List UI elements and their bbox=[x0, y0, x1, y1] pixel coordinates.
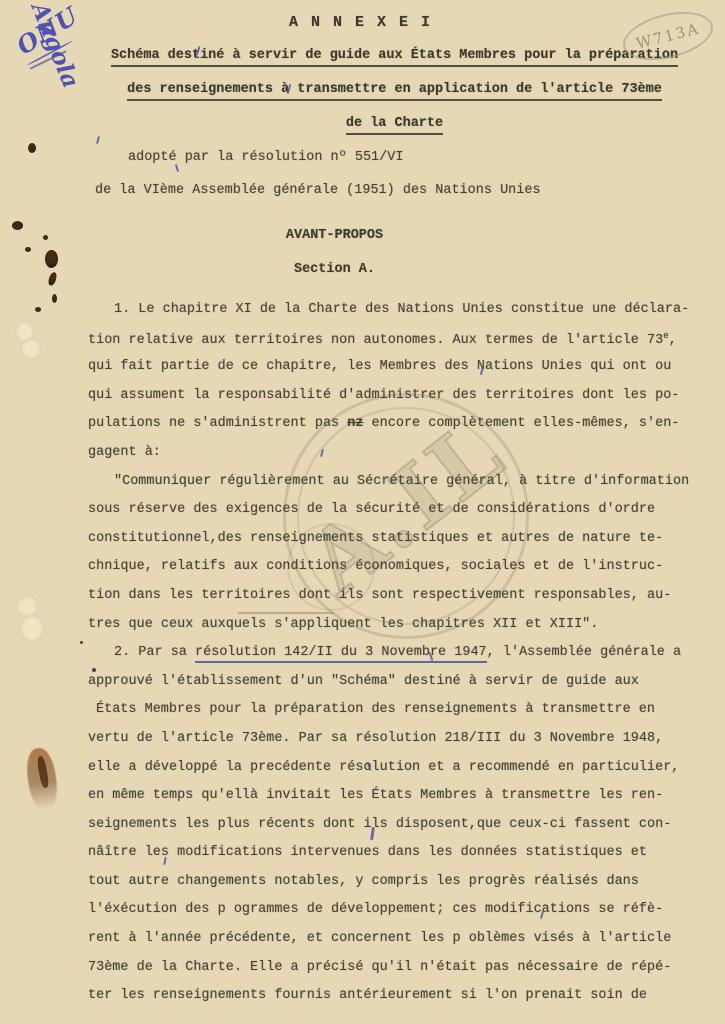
text-line: Schéma destiné à servir de guide aux Éta… bbox=[88, 48, 701, 82]
text-segment: tion relative aux territoires non autono… bbox=[88, 333, 663, 348]
pen-dot bbox=[80, 641, 83, 644]
text-line: elle a développé la precédente résolutio… bbox=[88, 760, 701, 789]
text-segment: qui fait partie de ce chapitre, les Memb… bbox=[88, 359, 671, 374]
ink-stain bbox=[35, 307, 41, 312]
text-segment: nz bbox=[347, 416, 363, 431]
text-line: tion dans les territoires dont ils sont … bbox=[88, 588, 701, 617]
text-line: 73ème de la Charte. Elle a précisé qu'il… bbox=[88, 960, 701, 989]
text-line: chnique, relatifs aux conditions économi… bbox=[88, 559, 701, 588]
text-line: tout autre changements notables, y compr… bbox=[88, 874, 701, 903]
body-paragraphs: 1. Le chapitre XI de la Charte des Natio… bbox=[88, 302, 701, 1017]
text-line: adopté par la résolution nº 551/VI bbox=[88, 150, 701, 183]
text-line: "Communiquer régulièrement au Sécrétaire… bbox=[88, 474, 701, 503]
text-segment: "Communiquer régulièrement au Sécrétaire… bbox=[114, 474, 689, 489]
document-content: A N N E X E I Schéma destiné à servir de… bbox=[0, 0, 725, 1017]
text-segment: de la Charte bbox=[346, 116, 443, 135]
ink-stain bbox=[45, 250, 58, 268]
text-segment: seignements les plus récents dont ils di… bbox=[88, 817, 671, 832]
text-line: qui fait partie de ce chapitre, les Memb… bbox=[88, 359, 701, 388]
text-segment: nâître les modifications intervenues dan… bbox=[88, 845, 647, 860]
text-line: des renseignements à transmettre en appl… bbox=[88, 82, 701, 116]
text-line: tres que ceux auxquels s'appliquent les … bbox=[88, 617, 701, 646]
text-segment: en même temps qu'ellà invitait les États… bbox=[88, 788, 663, 803]
text-segment: chnique, relatifs aux conditions économi… bbox=[88, 559, 663, 574]
text-line: en même temps qu'ellà invitait les États… bbox=[88, 788, 701, 817]
text-segment: , bbox=[669, 333, 677, 348]
text-segment: des renseignements à transmettre en appl… bbox=[127, 82, 662, 101]
text-segment: États Membres pour la préparation des re… bbox=[96, 702, 655, 717]
text-line: seignements les plus récents dont ils di… bbox=[88, 817, 701, 846]
text-line: gagent à: bbox=[88, 445, 701, 474]
text-segment: de la VIème Assemblée générale (1951) de… bbox=[95, 183, 541, 198]
text-line: approuvé l'établissement d'un "Schéma" d… bbox=[88, 674, 701, 703]
section-heading: Section A. bbox=[28, 262, 641, 298]
text-line: qui assument la responsabilité d'adminis… bbox=[88, 388, 701, 417]
text-segment: vertu de l'article 73ème. Par sa résolut… bbox=[88, 731, 663, 746]
text-segment: elle a développé la precédente résolutio… bbox=[88, 760, 679, 775]
text-line: vertu de l'article 73ème. Par sa résolut… bbox=[88, 731, 701, 760]
text-segment: approuvé l'établissement d'un "Schéma" d… bbox=[88, 674, 639, 689]
text-segment: , l'Assemblée générale a bbox=[487, 645, 681, 660]
text-segment: l'éxécution des p ogrammes de développem… bbox=[88, 902, 663, 917]
document-title: A N N E X E I bbox=[54, 14, 667, 40]
text-line: ter les renseignements fournis antérieur… bbox=[88, 988, 701, 1017]
text-segment: rent à l'année précédente, et concernent… bbox=[88, 931, 671, 946]
adoption-subtitle: adopté par la résolution nº 551/VIde la … bbox=[88, 150, 701, 216]
text-segment: constitutionnel,des renseignements stati… bbox=[88, 531, 663, 546]
text-line: tion relative aux territoires non autono… bbox=[88, 331, 701, 360]
paper-blemish bbox=[19, 615, 45, 642]
text-line: de la Charte bbox=[88, 116, 701, 150]
faint-underline-mark bbox=[238, 612, 334, 614]
text-segment: tres que ceux auxquels s'appliquent les … bbox=[88, 617, 598, 632]
text-line: 1. Le chapitre XI de la Charte des Natio… bbox=[88, 302, 701, 331]
text-segment: adopté par la résolution nº 551/VI bbox=[128, 150, 403, 165]
ink-stain bbox=[28, 143, 36, 153]
text-segment: encore complètement elles-mêmes, s'en- bbox=[363, 416, 679, 431]
text-segment: gagent à: bbox=[88, 445, 161, 460]
pen-dot bbox=[92, 668, 96, 672]
text-segment: résolution 142/II du 3 Novembre 1947 bbox=[195, 645, 487, 663]
text-segment: ter les renseignements fournis antérieur… bbox=[88, 988, 647, 1003]
text-line: sous réserve des exigences de la sécurit… bbox=[88, 502, 701, 531]
reference-code: W713A bbox=[634, 19, 701, 52]
text-segment: qui assument la responsabilité d'adminis… bbox=[88, 388, 679, 403]
text-line: rent à l'année précédente, et concernent… bbox=[88, 931, 701, 960]
text-segment: 1. Le chapitre XI de la Charte des Natio… bbox=[114, 302, 689, 317]
scanned-document-page: A.IL A N N E X E I Schéma destiné à serv… bbox=[0, 0, 725, 1024]
ink-stain bbox=[12, 221, 23, 230]
text-line: États Membres pour la préparation des re… bbox=[88, 702, 701, 731]
text-segment: pulations ne s'administrent pas bbox=[88, 416, 347, 431]
text-line: 2. Par sa résolution 142/II du 3 Novembr… bbox=[88, 645, 701, 674]
document-heading: Schéma destiné à servir de guide aux Éta… bbox=[88, 48, 701, 150]
text-segment: tout autre changements notables, y compr… bbox=[88, 874, 639, 889]
avant-propos-heading: AVANT-PROPOS bbox=[28, 228, 641, 262]
text-line: constitutionnel,des renseignements stati… bbox=[88, 531, 701, 560]
text-line: nâître les modifications intervenues dan… bbox=[88, 845, 701, 874]
text-segment: 73ème de la Charte. Elle a précisé qu'il… bbox=[88, 960, 671, 975]
ink-stain bbox=[52, 294, 57, 303]
text-line: l'éxécution des p ogrammes de développem… bbox=[88, 902, 701, 931]
text-segment: 2. Par sa bbox=[114, 645, 195, 660]
text-segment: sous réserve des exigences de la sécurit… bbox=[88, 502, 655, 517]
text-segment: tion dans les territoires dont ils sont … bbox=[88, 588, 671, 603]
ink-stain bbox=[25, 247, 31, 252]
ink-stain bbox=[43, 235, 48, 240]
text-line: pulations ne s'administrent pas nz encor… bbox=[88, 416, 701, 445]
text-line: de la VIème Assemblée générale (1951) de… bbox=[88, 183, 701, 216]
paper-blemish bbox=[20, 338, 42, 360]
